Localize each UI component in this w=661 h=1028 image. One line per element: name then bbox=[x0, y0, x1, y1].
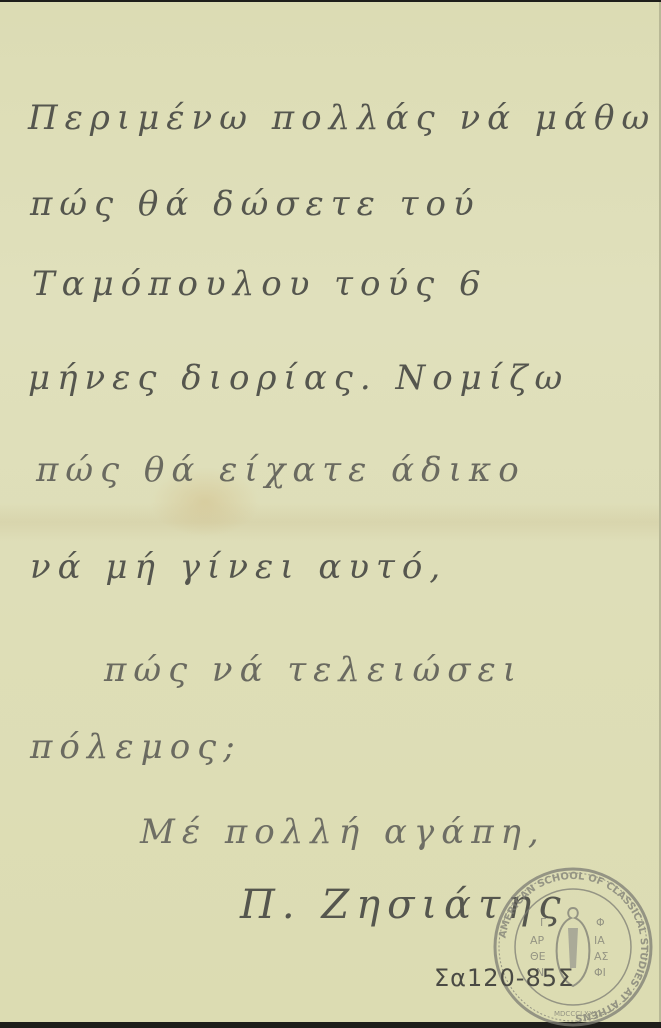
letter-closing: Μέ πολλή αγάπη, bbox=[140, 812, 546, 852]
letter-line-3: Ταμόπουλου τούς 6 bbox=[32, 264, 488, 304]
letter-line-4: μήνες διορίας. Νομίζω bbox=[28, 358, 569, 398]
svg-text:MDCCCLXXXI: MDCCCLXXXI bbox=[554, 1010, 600, 1018]
archive-seal-icon: AMERICAN SCHOOL OF CLASSICAL STUDIES AT … bbox=[488, 866, 658, 1028]
svg-text:ΑΣ: ΑΣ bbox=[594, 950, 609, 963]
letter-line-6: νά μή γίνει αυτό, bbox=[30, 547, 447, 587]
letter-line-2: πώς θά δώσετε τού bbox=[30, 184, 481, 224]
svg-text:ΙΑ: ΙΑ bbox=[594, 934, 605, 947]
letter-line-5: πώς θά είχατε άδικο bbox=[36, 450, 526, 490]
svg-text:Φ: Φ bbox=[596, 916, 605, 929]
svg-text:ΘΕ: ΘΕ bbox=[530, 950, 546, 963]
svg-text:Γ: Γ bbox=[540, 916, 547, 929]
archive-number: Σα120-85Σ bbox=[434, 964, 574, 992]
paper-fold bbox=[0, 502, 659, 542]
svg-text:ΑΡ: ΑΡ bbox=[530, 934, 545, 947]
letter-line-8: πόλεμος; bbox=[30, 727, 242, 767]
svg-text:ΦΙ: ΦΙ bbox=[594, 966, 606, 979]
letter-line-1: Περιμένω πολλάς νά μάθω bbox=[28, 98, 656, 138]
letter-line-7: πώς νά τελειώσει bbox=[104, 650, 523, 690]
letter-page: Περιμένω πολλάς νά μάθω πώς θά δώσετε το… bbox=[0, 2, 661, 1022]
